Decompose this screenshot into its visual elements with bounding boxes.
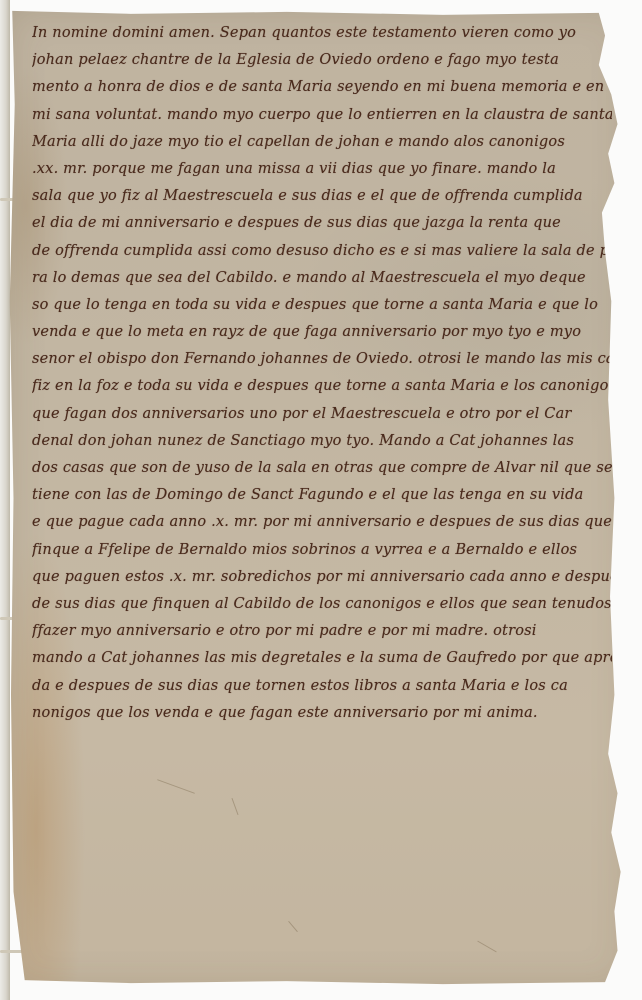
text-line: da e despues de sus dias que tornen esto… (32, 673, 612, 700)
text-line: mando a Cat johannes las mis degretales … (32, 645, 612, 672)
paper-fiber (157, 779, 195, 794)
text-line: el dia de mi anniversario e despues de s… (32, 210, 612, 237)
text-line: In nomine domini amen. Sepan quantos est… (32, 20, 612, 47)
text-line: sala que yo fiz al Maestrescuela e sus d… (32, 183, 612, 210)
text-line: mi sana voluntat. mando myo cuerpo que l… (32, 102, 612, 129)
text-line: venda e que lo meta en rayz de que faga … (32, 319, 612, 346)
text-line: ffazer myo anniversario e otro por mi pa… (32, 618, 612, 645)
manuscript-page: In nomine domini amen. Sepan quantos est… (6, 6, 630, 990)
text-line: senor el obispo don Fernando johannes de… (32, 346, 612, 373)
binding-strip (0, 0, 10, 1000)
text-line: e que pague cada anno .x. mr. por mi ann… (32, 509, 612, 536)
text-line: nonigos que los venda e que fagan este a… (32, 700, 612, 727)
paper-fiber (288, 921, 298, 932)
text-line: so que lo tenga en toda su vida e despue… (32, 292, 612, 319)
text-line: que paguen estos .x. mr. sobredichos por… (32, 564, 612, 591)
text-line: que fagan dos anniversarios uno por el M… (32, 401, 612, 428)
text-line: johan pelaez chantre de la Eglesia de Ov… (32, 47, 612, 74)
text-line: de offrenda cumplida assi como desuso di… (32, 238, 612, 265)
text-line: Maria alli do jaze myo tio el capellan d… (32, 129, 612, 156)
text-line: tiene con las de Domingo de Sanct Fagund… (32, 482, 612, 509)
paper-fiber (477, 941, 497, 953)
text-line: dos casas que son de yuso de la sala en … (32, 455, 612, 482)
text-line: finque a Ffelipe de Bernaldo mios sobrin… (32, 537, 612, 564)
text-line: .xx. mr. porque me fagan una missa a vii… (32, 156, 612, 183)
text-line: mento a honra de dios e de santa Maria s… (32, 74, 612, 101)
paper-fiber (231, 798, 238, 815)
text-line: fiz en la foz e toda su vida e despues q… (32, 373, 612, 400)
text-line: denal don johan nunez de Sanctiago myo t… (32, 428, 612, 455)
manuscript-text: In nomine domini amen. Sepan quantos est… (32, 20, 612, 727)
text-line: de sus dias que finquen al Cabildo de lo… (32, 591, 612, 618)
text-line: ra lo demas que sea del Cabildo. e mando… (32, 265, 612, 292)
manuscript-viewer: In nomine domini amen. Sepan quantos est… (0, 0, 642, 1000)
